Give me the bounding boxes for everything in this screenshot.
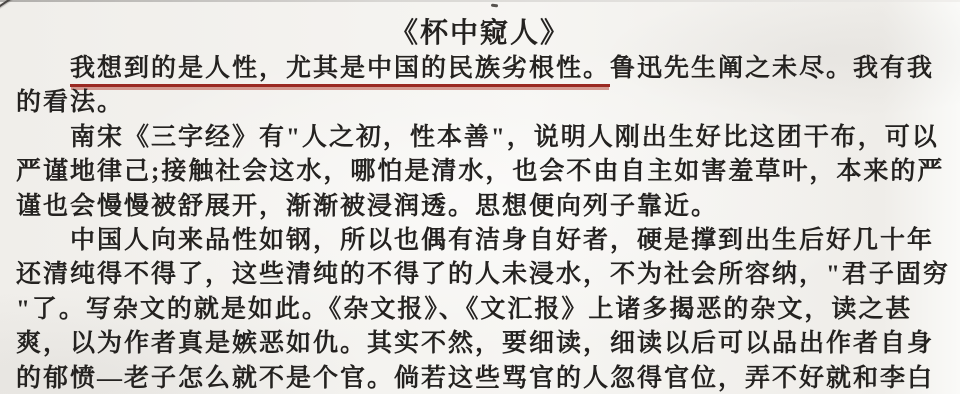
text-line-4: 严谨地律己;接触社会这水，哪怕是清水，也会不由自主如害羞草叶，本来的严 — [16, 155, 952, 189]
text-line-9: 爽，以为作者真是嫉恶如仇。其实不然，要细读，细读以后可以品出作者自身 — [16, 327, 952, 361]
text-line-6: 中国人向来品性如钢，所以也偶有洁身自好者，硬是撑到出生后好几十年 — [16, 224, 952, 258]
text-line-1: 我想到的是人性，尤其是中国的民族劣根性。鲁迅先生阐之未尽。我有我 — [16, 52, 952, 86]
red-underlined-thesis: 我想到的是人性，尤其是中国的民族劣根性。 — [70, 55, 610, 87]
text-line-7: 还清纯得不得了，这些清纯的不得了的人未浸水，不为社会所容纳，"君子固穷 — [16, 258, 952, 292]
text-line-10: 的郁愤—老子怎么就不是个官。倘若这些骂官的人忽得官位，弄不好就和李白 — [16, 362, 952, 394]
text-line-8: "了。写杂文的就是如此。《杂文报》、《文汇报》上诸多揭恶的杂文，读之甚 — [16, 293, 952, 327]
text-line-5: 谨也会慢慢被舒展开，渐渐被浸润透。思想便向列子靠近。 — [16, 190, 952, 224]
scanned-document-page: 《杯中窥人》 我想到的是人性，尤其是中国的民族劣根性。鲁迅先生阐之未尽。我有我 … — [0, 0, 960, 394]
text-line-3: 南宋《三字经》有"人之初，性本善"，说明人刚出生好比这团干布，可以 — [16, 121, 952, 155]
text-line-2: 的看法。 — [16, 86, 952, 120]
text-line-1-rest: 鲁迅先生阐之未尽。我有我 — [610, 55, 934, 82]
essay-title: 《杯中窥人》 — [0, 0, 960, 52]
essay-body: 我想到的是人性，尤其是中国的民族劣根性。鲁迅先生阐之未尽。我有我 的看法。 南宋… — [0, 52, 960, 394]
